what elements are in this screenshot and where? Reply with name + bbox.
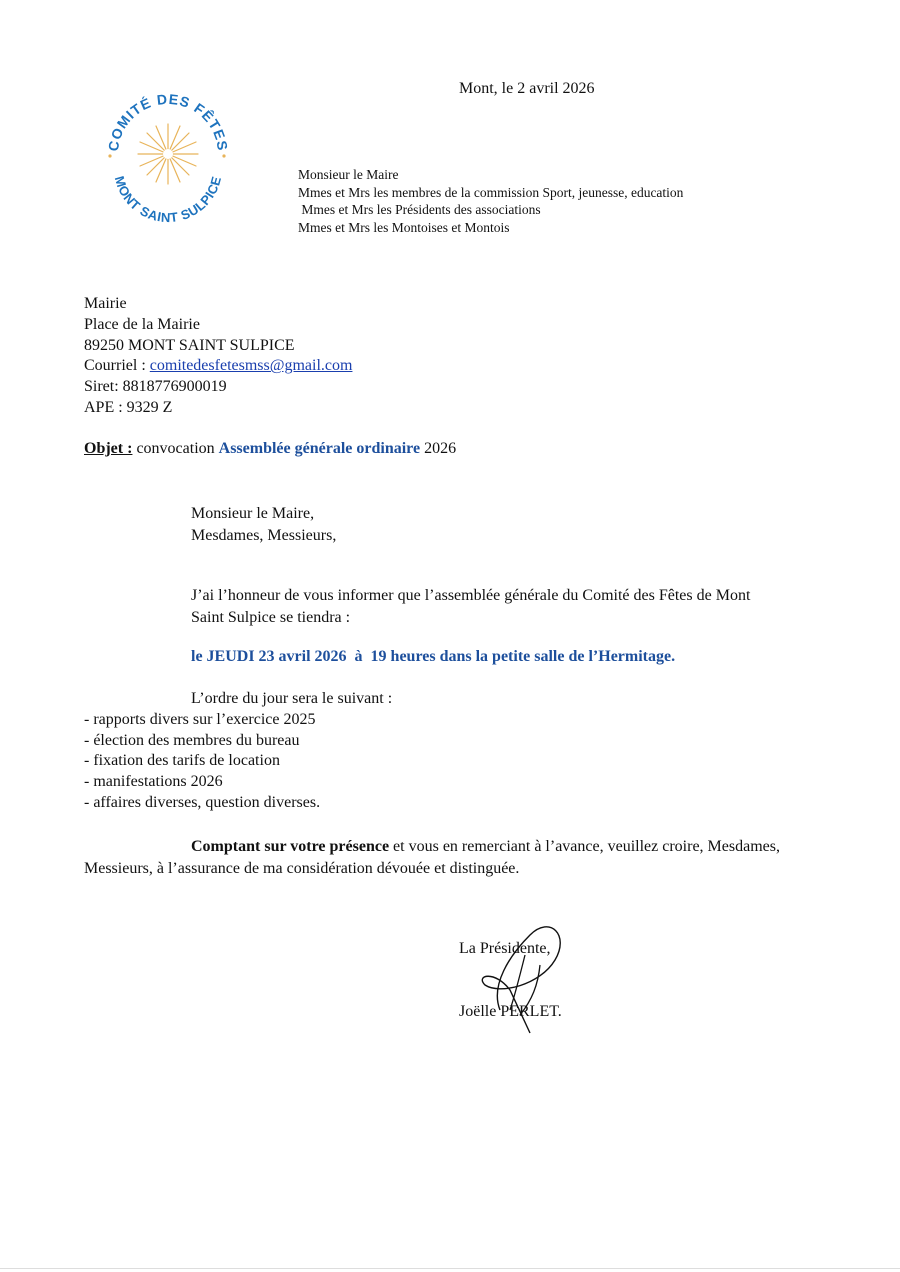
letter-date: Mont, le 2 avril 2026 xyxy=(459,80,595,98)
sender-address-block: Mairie Place de la Mairie 89250 MONT SAI… xyxy=(84,294,352,419)
email-link[interactable]: comitedesfetesmss@gmail.com xyxy=(150,357,353,374)
sender-street: Place de la Mairie xyxy=(84,315,352,336)
recipient-line: Mmes et Mrs les Montoises et Montois xyxy=(298,219,683,237)
agenda-item: - affaires diverses, question diverses. xyxy=(84,793,392,814)
recipient-line: Monsieur le Maire xyxy=(298,166,683,184)
sender-email-line: Courriel : comitedesfetesmss@gmail.com xyxy=(84,356,352,377)
sender-siret: Siret: 8818776900019 xyxy=(84,377,352,398)
recipients-block: Monsieur le Maire Mmes et Mrs les membre… xyxy=(298,166,683,236)
sender-ape: APE : 9329 Z xyxy=(84,398,352,419)
handwritten-signature-icon xyxy=(470,915,570,1035)
agenda-item: - rapports divers sur l’exercice 2025 xyxy=(84,710,392,731)
recipient-line: Mmes et Mrs les membres de la commission… xyxy=(298,184,683,202)
agenda-item: - élection des membres du bureau xyxy=(84,731,392,752)
subject-year: 2026 xyxy=(420,440,456,457)
subject-line: Objet : convocation Assemblée générale o… xyxy=(84,440,456,458)
subject-text: convocation xyxy=(132,440,218,457)
subject-highlight: Assemblée générale ordinaire xyxy=(219,440,420,457)
agenda-item: - manifestations 2026 xyxy=(84,772,392,793)
salutation: Monsieur le Maire, Mesdames, Messieurs, xyxy=(191,503,336,546)
meeting-details: le JEUDI 23 avril 2026 à 19 heures dans … xyxy=(191,648,675,666)
email-label: Courriel : xyxy=(84,357,150,374)
agenda-item: - fixation des tarifs de location xyxy=(84,751,392,772)
closing-text: et vous en remerciant à l’avance, veuill… xyxy=(84,838,780,877)
agenda-block: L’ordre du jour sera le suivant : - rapp… xyxy=(84,689,392,814)
intro-text: J’ai l’honneur de vous informer que l’as… xyxy=(84,585,784,629)
sender-city: 89250 MONT SAINT SULPICE xyxy=(84,336,352,357)
salutation-line: Monsieur le Maire, xyxy=(191,503,336,525)
committee-logo: COMITÉ DES FÊTES MONT SAINT SULPICE xyxy=(96,76,236,226)
closing-paragraph: Comptant sur votre présence et vous en r… xyxy=(84,836,784,880)
closing-bold: Comptant sur votre présence xyxy=(191,838,389,855)
body-paragraph-intro: J’ai l’honneur de vous informer que l’as… xyxy=(84,585,784,629)
salutation-line: Mesdames, Messieurs, xyxy=(191,525,336,547)
agenda-intro: L’ordre du jour sera le suivant : xyxy=(84,689,392,710)
recipient-line: Mmes et Mrs les Présidents des associati… xyxy=(298,201,683,219)
subject-label: Objet : xyxy=(84,440,132,457)
sender-name: Mairie xyxy=(84,294,352,315)
logo-emblem-icon: COMITÉ DES FÊTES MONT SAINT SULPICE xyxy=(96,76,236,226)
page-edge xyxy=(0,1268,900,1269)
